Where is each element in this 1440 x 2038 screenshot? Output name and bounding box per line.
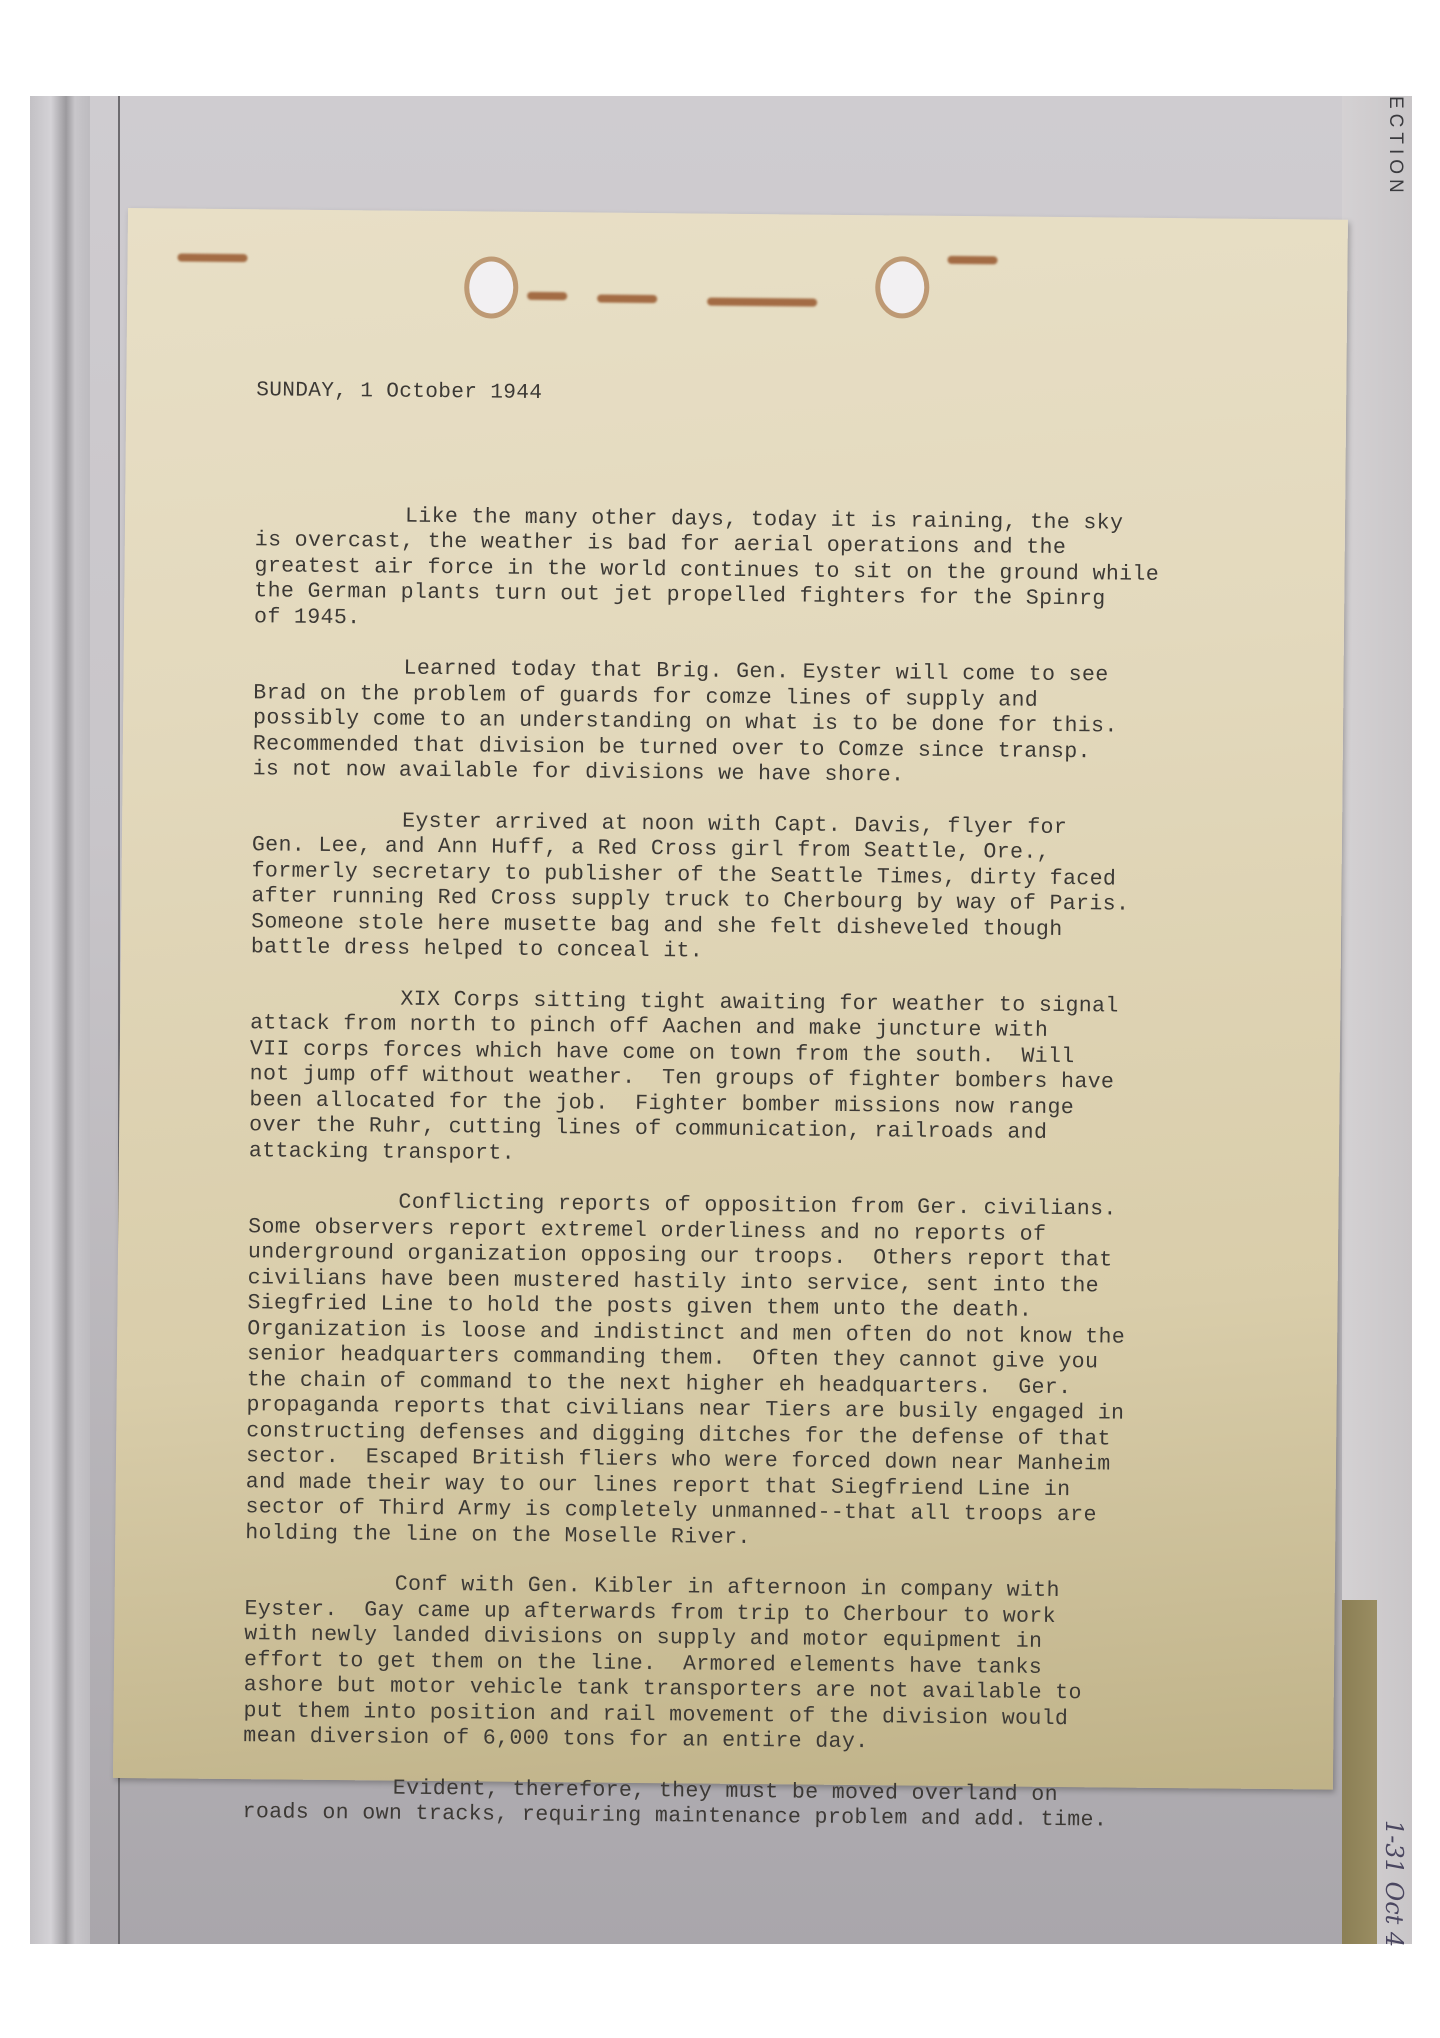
rust-stain [948,256,998,264]
punch-hole-right [880,261,924,313]
folder-tab-band [1342,1600,1377,1944]
diary-date: SUNDAY, 1 October 1944 [256,378,1286,413]
diary-text: SUNDAY, 1 October 1944 Like the many oth… [242,327,1287,1911]
diary-paragraph: XIX Corps sitting tight awaiting for wea… [249,986,1281,1174]
binder-edge [30,96,90,1944]
diary-paragraph: Evident, therefore, they must be moved o… [242,1775,1272,1836]
rust-stain [177,253,247,262]
rust-stain [707,298,817,307]
diary-paragraph: Conflicting reports of opposition from G… [245,1189,1278,1556]
typed-diary-page: SUNDAY, 1 October 1944 Like the many oth… [113,208,1348,1790]
rust-stain [597,295,657,304]
diary-paragraph: Like the many other days, today it is ra… [254,503,1285,640]
diary-paragraph: Conf with Gen. Kibler in afternoon in co… [243,1571,1275,1759]
diary-paragraphs: Like the many other days, today it is ra… [242,503,1285,1836]
diary-paragraph: Learned today that Brig. Gen. Eyster wil… [252,655,1283,792]
rust-stain [527,292,567,300]
diary-paragraph: Eyster arrived at noon with Capt. Davis,… [251,808,1282,971]
punch-hole-left [469,261,513,313]
folder-section-label: ECTION [1384,96,1406,198]
handwritten-date-note: 1-31 Oct 4 [1380,1820,1408,1947]
